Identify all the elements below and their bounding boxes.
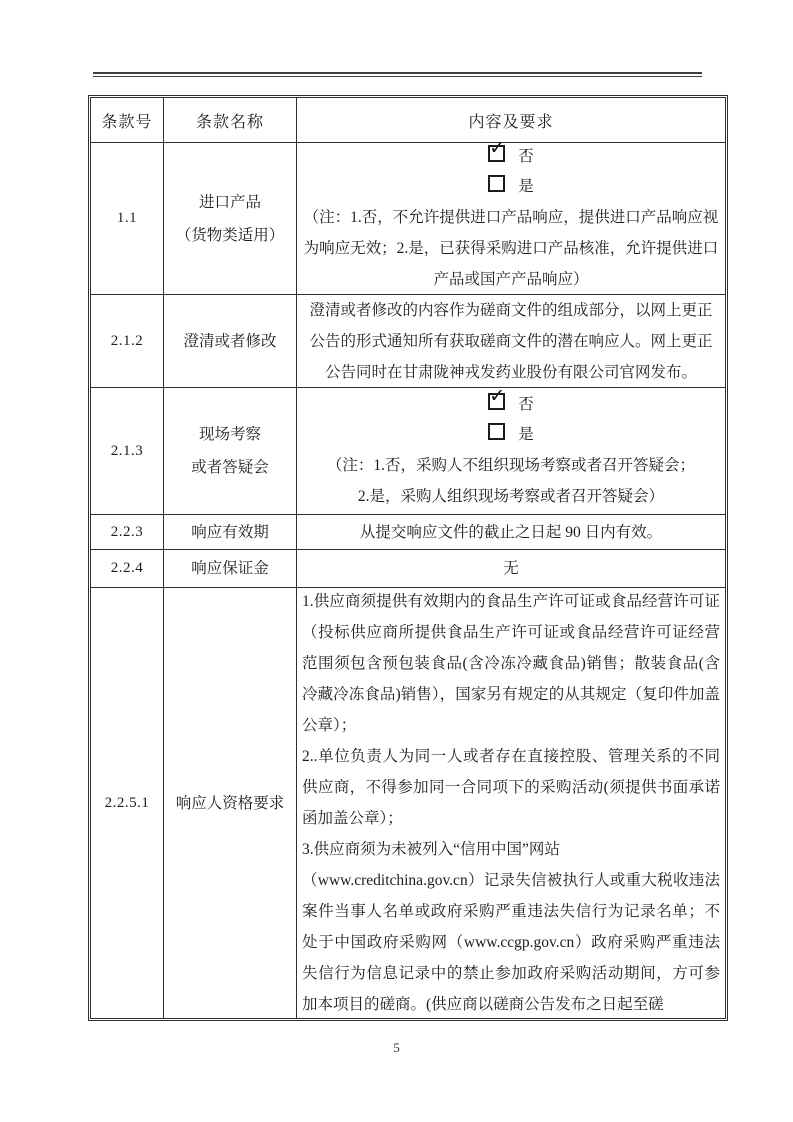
option-no-line: ✓否 — [297, 390, 725, 420]
table-row-2-2-5-1: 2.2.5.1 响应人资格要求 1.供应商须提供有效期内的食品生产许可证或食品经… — [91, 587, 725, 1018]
table-row-2-1-2: 2.1.2 澄清或者修改 澄清或者修改的内容作为磋商文件的组成部分，以网上更正公… — [91, 294, 725, 387]
clause-name: 响应保证金 — [163, 550, 297, 587]
clause-number: 2.1.3 — [91, 388, 163, 514]
checkbox-checked-icon: ✓ — [488, 393, 505, 410]
clause-content: 无 — [297, 550, 725, 587]
checkbox-unchecked-icon — [488, 423, 505, 440]
table-row-2-1-3: 2.1.3 现场考察 或者答疑会 ✓否 是 （注：1.否，采购人不组织现场考察或… — [91, 387, 725, 514]
option-no-label: 否 — [518, 390, 534, 420]
clauses-table: 条款号 条款名称 内容及要求 1.1 进口产品 （货物类适用） ✓否 是 （注：… — [88, 95, 728, 1021]
header-content: 内容及要求 — [297, 98, 725, 142]
clause-number: 2.2.3 — [91, 515, 163, 549]
clause-content: 从提交响应文件的截止之日起 90 日内有效。 — [297, 515, 725, 549]
page-number: 5 — [0, 1040, 793, 1056]
clause-name: 澄清或者修改 — [163, 295, 297, 387]
clause-name: 进口产品 （货物类适用） — [163, 143, 297, 294]
clause-content: 澄清或者修改的内容作为磋商文件的组成部分，以网上更正公告的形式通知所有获取磋商文… — [297, 295, 725, 387]
checkbox-unchecked-icon — [488, 175, 505, 192]
clause-name: 现场考察 或者答疑会 — [163, 388, 297, 514]
clause-content: ✓否 是 （注：1.否，不允许提供进口产品响应，提供进口产品响应视为响应无效；2… — [297, 143, 725, 294]
clause-content: ✓否 是 （注：1.否，采购人不组织现场考察或者召开答疑会； 2.是，采购人组织… — [297, 388, 725, 514]
clause-name: 响应人资格要求 — [163, 588, 297, 1018]
header-clause-name: 条款名称 — [163, 98, 297, 142]
option-yes-line: 是 — [297, 172, 725, 202]
header-clause-number: 条款号 — [91, 98, 163, 142]
clause-text: 从提交响应文件的截止之日起 90 日内有效。 — [354, 517, 668, 548]
table-row-2-2-3: 2.2.3 响应有效期 从提交响应文件的截止之日起 90 日内有效。 — [91, 514, 725, 549]
check-mark-icon: ✓ — [489, 139, 505, 158]
clause-text: 无 — [497, 553, 525, 584]
clause-note: （注：1.否，不允许提供进口产品响应，提供进口产品响应视为响应无效；2.是，已获… — [297, 202, 725, 295]
option-no-line: ✓否 — [297, 142, 725, 172]
clause-note: （注：1.否，采购人不组织现场考察或者召开答疑会； 2.是，采购人组织现场考察或… — [297, 450, 725, 512]
option-no-label: 否 — [518, 142, 534, 172]
qualification-item-3: 3.供应商须为未被列入“信用中国”网站 （www.creditchina.gov… — [302, 834, 720, 1020]
page-header-rule — [93, 72, 702, 77]
checkbox-checked-icon: ✓ — [488, 145, 505, 162]
clause-number: 2.2.4 — [91, 550, 163, 587]
clause-number: 2.2.5.1 — [91, 588, 163, 1018]
qualification-item-1: 1.供应商须提供有效期内的食品生产许可证或食品经营许可证（投标供应商所提供食品生… — [302, 586, 720, 741]
option-yes-line: 是 — [297, 420, 725, 450]
check-mark-icon: ✓ — [489, 387, 505, 406]
clause-number: 1.1 — [91, 143, 163, 294]
clause-text: 澄清或者修改的内容作为磋商文件的组成部分，以网上更正公告的形式通知所有获取磋商文… — [297, 295, 725, 388]
option-yes-label: 是 — [518, 420, 534, 450]
clause-name: 响应有效期 — [163, 515, 297, 549]
qualification-item-2: 2..单位负责人为同一人或者存在直接控股、管理关系的不同供应商，不得参加同一合同… — [302, 741, 720, 834]
option-yes-label: 是 — [518, 172, 534, 202]
table-row-2-2-4: 2.2.4 响应保证金 无 — [91, 549, 725, 587]
table-header-row: 条款号 条款名称 内容及要求 — [91, 98, 725, 142]
clause-number: 2.1.2 — [91, 295, 163, 387]
clause-content: 1.供应商须提供有效期内的食品生产许可证或食品经营许可证（投标供应商所提供食品生… — [297, 588, 725, 1018]
document-page: 条款号 条款名称 内容及要求 1.1 进口产品 （货物类适用） ✓否 是 （注：… — [0, 0, 793, 1122]
table-row-1-1: 1.1 进口产品 （货物类适用） ✓否 是 （注：1.否，不允许提供进口产品响应… — [91, 142, 725, 294]
